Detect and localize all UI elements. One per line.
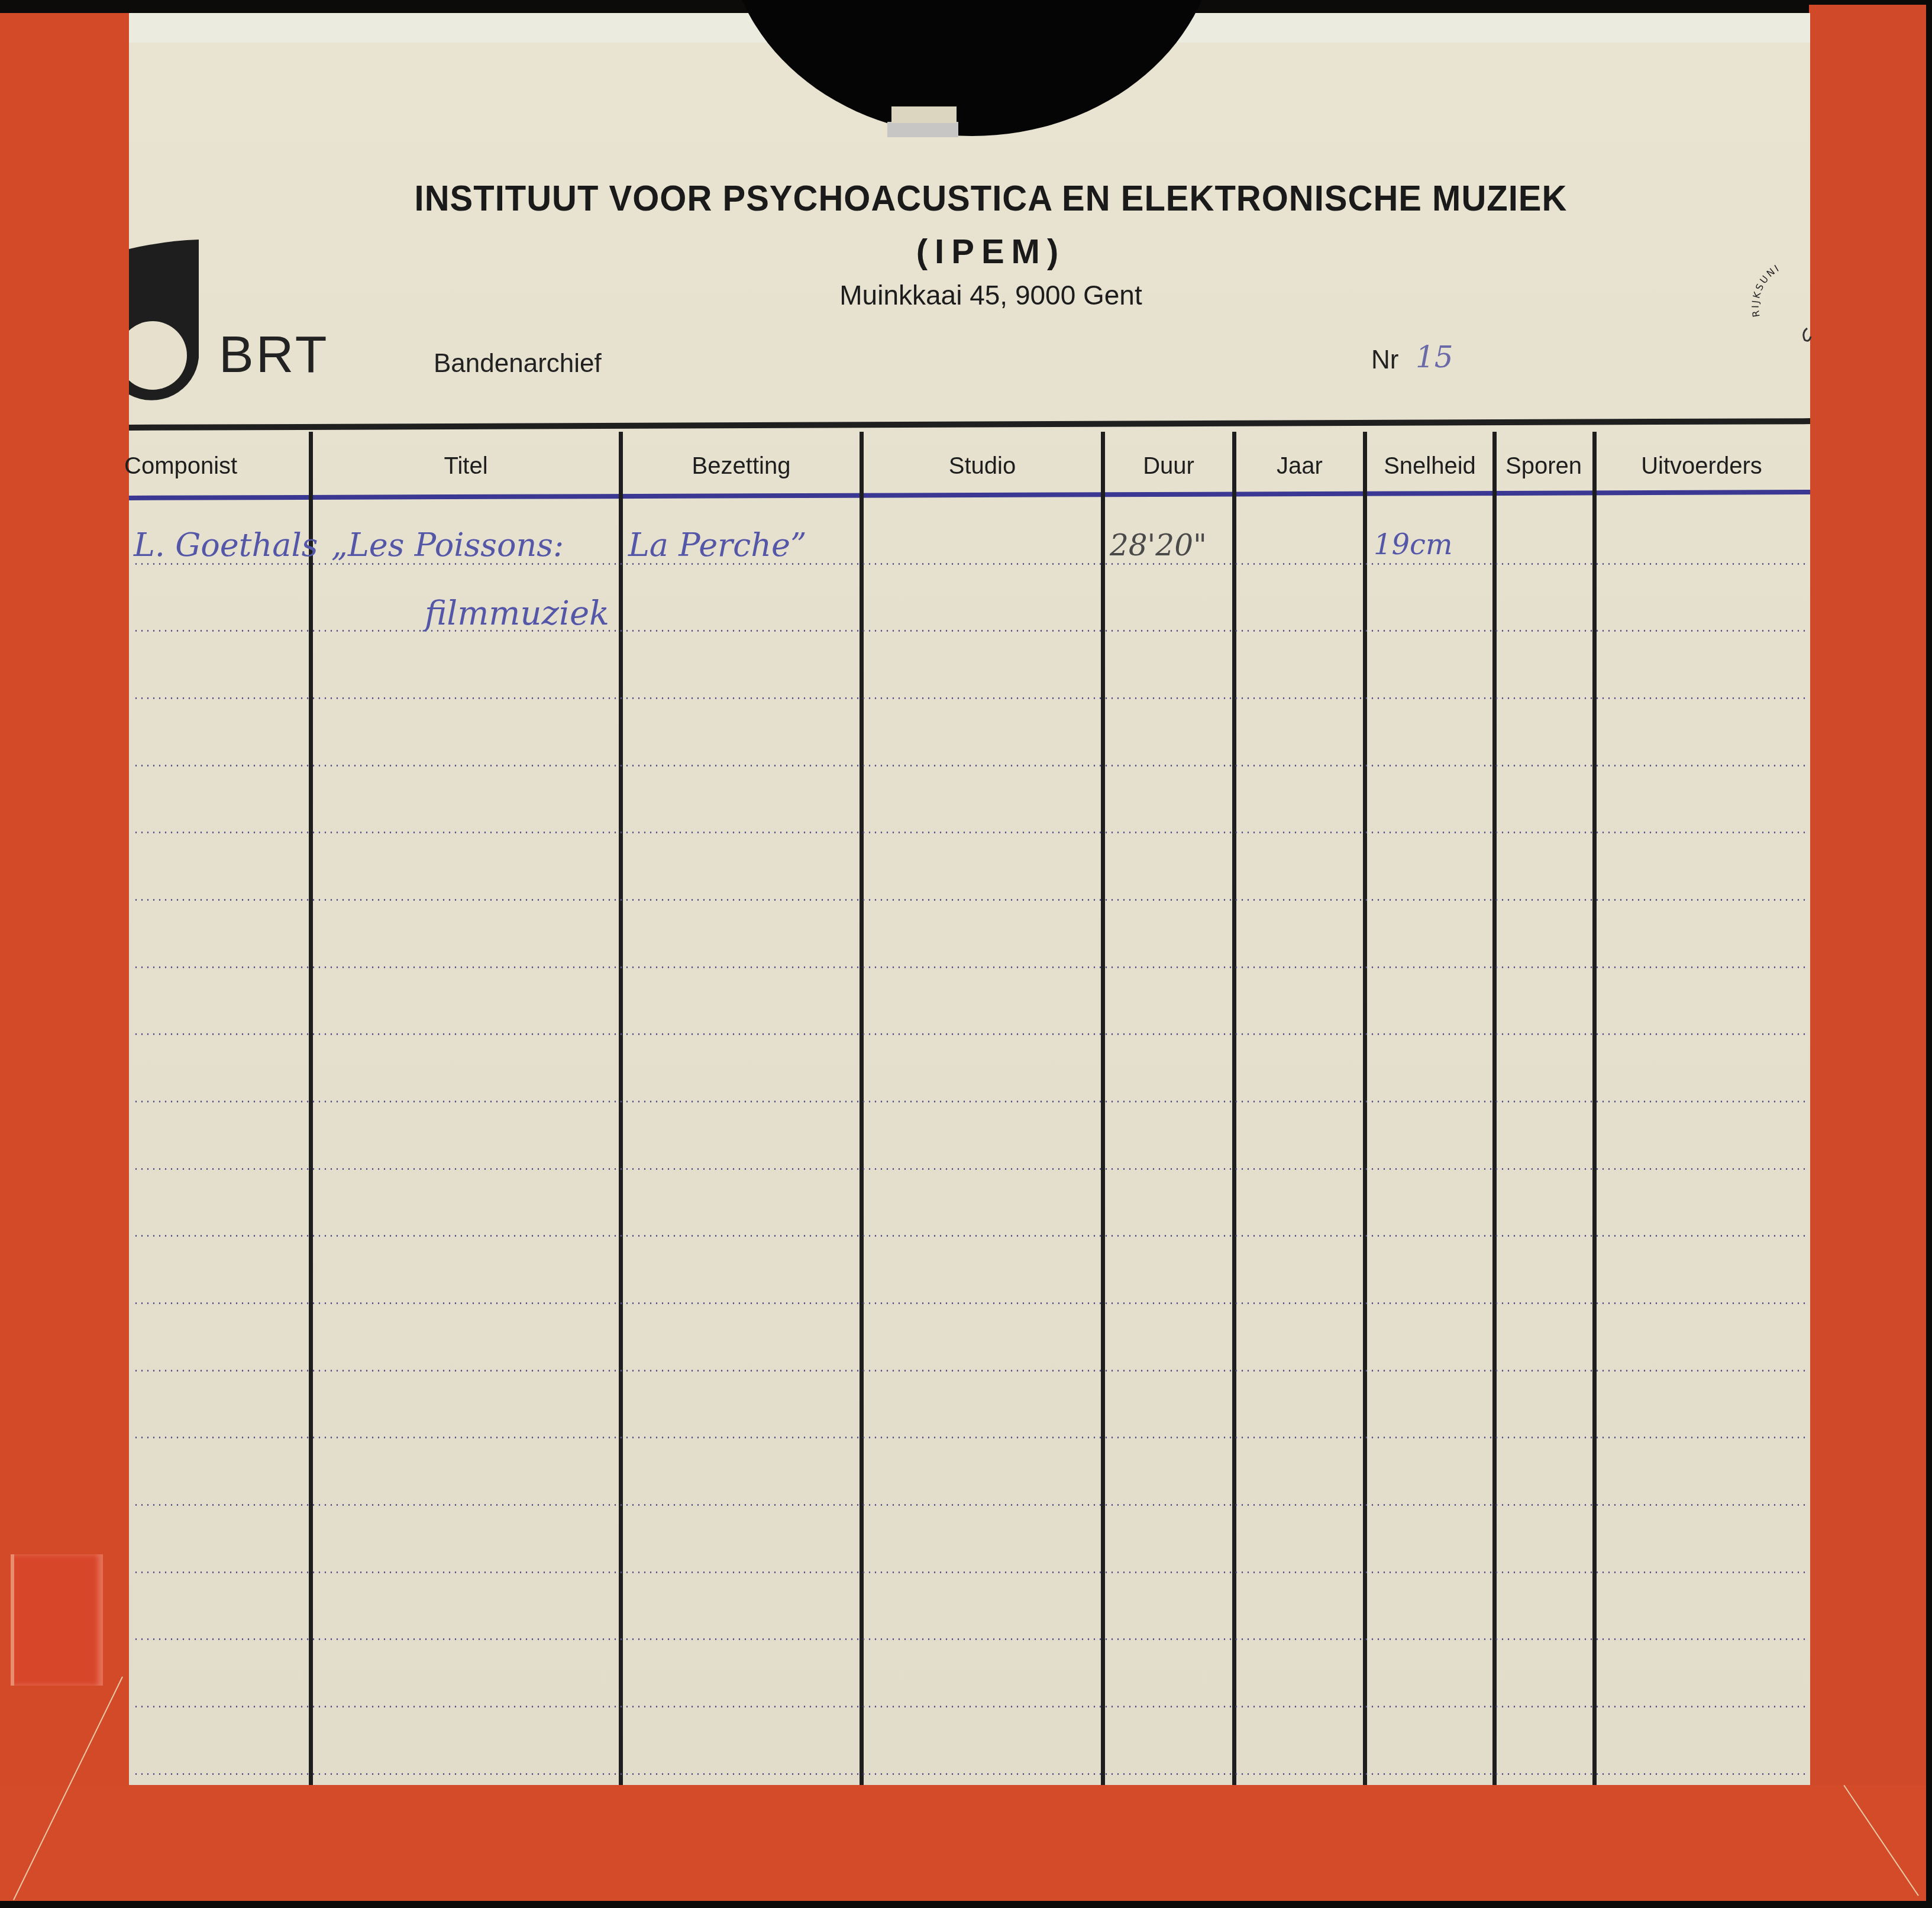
svg-text:RIJKSUNI: RIJKSUNI [1750,262,1782,318]
ruled-line [133,832,1807,833]
ruled-line [133,1101,1807,1102]
column-header-sporen: Sporen [1495,453,1592,480]
column-header-titel: Titel [313,453,619,480]
tape-leader-shadow [887,122,958,137]
institute-address: Muinkkaai 45, 9000 Gent [408,279,1574,311]
number-label: Nr [1371,345,1398,375]
ruled-line [133,899,1807,901]
sleeve-right-edge [1809,5,1926,1897]
column-header-duur: Duur [1105,453,1232,480]
entry-snelheid[interactable]: 19cm [1374,528,1452,561]
entry-titel[interactable]: „Les Poissons: [331,526,564,564]
ruled-line [133,630,1807,632]
entry-duur[interactable]: 28'20" [1110,528,1207,562]
column-header-studio: Studio [864,453,1101,480]
brt-logo-icon [129,240,200,405]
entry-bezetting[interactable]: La Perche” [628,526,806,564]
ruled-line [133,1638,1807,1640]
ruled-line [133,1504,1807,1506]
column-divider [1492,432,1497,1785]
ruled-line [133,1437,1807,1438]
ruled-line [133,1235,1807,1237]
number-field[interactable]: 15 [1416,340,1453,374]
column-divider [860,432,864,1785]
ruled-line [133,1302,1807,1304]
column-divider [309,432,313,1785]
column-divider [1363,432,1367,1785]
tape-leader [891,106,957,123]
ruled-line [133,765,1807,767]
ruled-line [133,1773,1807,1775]
entry-titel-line2[interactable]: filmmuziek [425,594,609,633]
institute-abbreviation: (IPEM) [408,232,1574,271]
column-divider [1592,432,1597,1785]
column-header-uitvoerders: Uitvoerders [1597,453,1807,480]
column-header-jaar: Jaar [1236,453,1363,480]
column-header-snelheid: Snelheid [1367,453,1492,480]
column-header-bezetting: Bezetting [623,453,860,480]
column-divider [619,432,623,1785]
column-header-componist: Componist [124,453,251,480]
broadcaster-name: BRT [219,324,329,384]
ruled-line [133,697,1807,699]
ruled-line [133,1571,1807,1573]
university-stamp-icon: RIJKSUNI [1748,260,1819,343]
ruled-line [133,966,1807,968]
column-divider [1101,432,1105,1785]
sleeve-bottom-flap [0,1785,1926,1901]
ruled-line [133,1370,1807,1372]
entry-componist[interactable]: L. Goethals [134,526,318,564]
ruled-line [133,1706,1807,1708]
ruled-line [133,1033,1807,1035]
institute-name: INSTITUUT VOOR PSYCHOACUSTICA EN ELEKTRO… [408,177,1574,219]
tape-patch [11,1554,103,1686]
ruled-line [133,1168,1807,1170]
archive-label: Bandenarchief [434,349,602,379]
column-divider [1232,432,1236,1785]
